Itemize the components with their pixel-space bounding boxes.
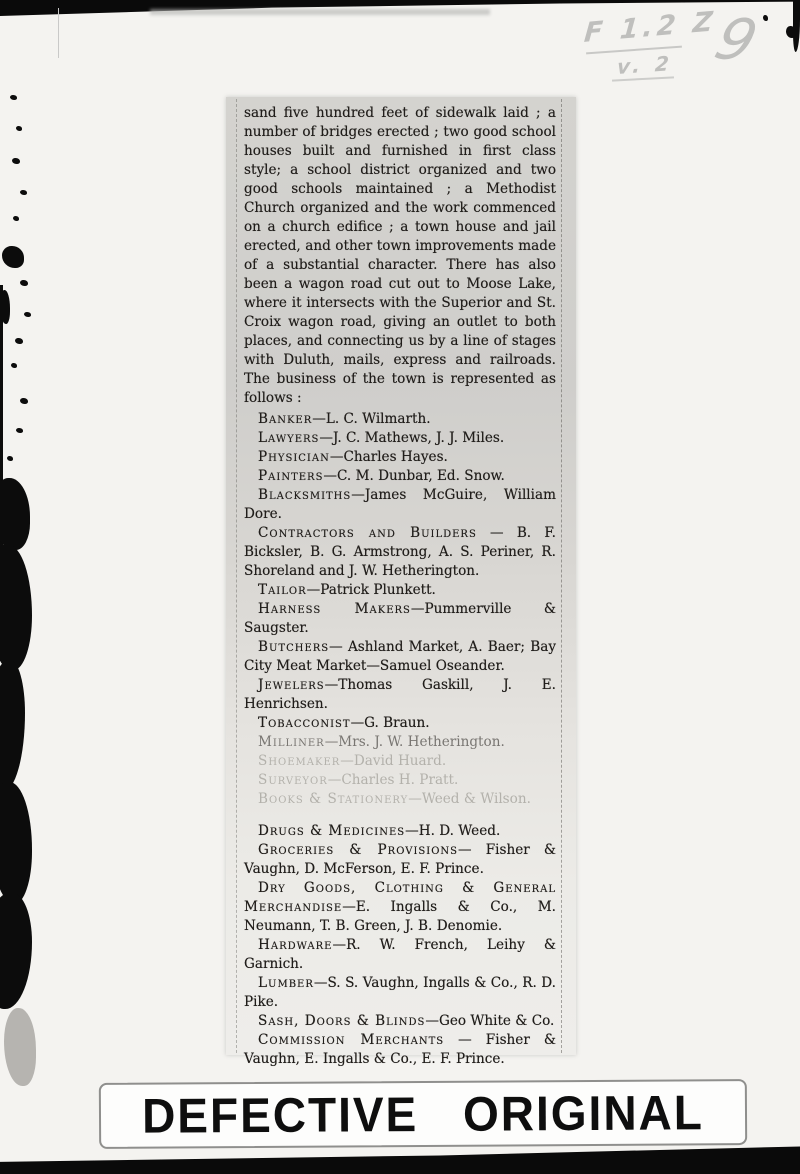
- entry-label: Tailor: [258, 582, 307, 598]
- ink-blob: [2, 246, 24, 268]
- entry-label: Sash, Doors & Blinds: [258, 1013, 425, 1029]
- entry-label: Hardware: [258, 937, 332, 953]
- directory-entry: Dry Goods, Clothing & General Merchandis…: [244, 879, 556, 936]
- directory-entry: Drugs & Medicines—H. D. Weed.: [244, 822, 556, 841]
- ink-speck: [15, 338, 23, 344]
- ink-speck: [20, 190, 27, 195]
- entry-text: —Charles H. Pratt.: [328, 772, 459, 788]
- entry-label: Commission Merchants: [258, 1032, 444, 1048]
- directory-entry: Banker—L. C. Wilmarth.: [244, 410, 556, 429]
- entry-label: Tobacconist: [258, 715, 351, 731]
- stamp-text: DEFECTIVE ORIGINAL: [142, 1084, 704, 1145]
- directory-entry: Sash, Doors & Blinds—Geo White & Co.: [244, 1012, 556, 1031]
- ink-speck: [7, 456, 13, 461]
- entry-text: —L. C. Wilmarth.: [312, 411, 430, 427]
- ink-artifact: [786, 26, 796, 38]
- directory-entry: Butchers— Ashland Market, A. Baer; Bay C…: [244, 638, 556, 676]
- directory-entry: Harness Makers—Pummerville & Saugster.: [244, 600, 556, 638]
- directory-entry: Surveyor—Charles H. Pratt.: [244, 771, 556, 790]
- ink-speck: [16, 126, 22, 131]
- ink-speck: [20, 398, 28, 404]
- ink-speck: [12, 158, 20, 164]
- ink-blob: [0, 290, 10, 324]
- entry-label: Lumber: [258, 975, 314, 991]
- call-number-annotation: F 1.2 Z: [583, 6, 718, 49]
- directory-entry: Tailor—Patrick Plunkett.: [244, 581, 556, 600]
- directory-entry: Books & Stationery—Weed & Wilson.: [244, 790, 556, 809]
- entry-label: Books & Stationery: [258, 791, 408, 807]
- entry-text: —Charles Hayes.: [330, 449, 448, 465]
- column-rule-right: [561, 99, 562, 1053]
- entry-label: Drugs & Medicines: [258, 823, 405, 839]
- ink-artifact: [763, 15, 768, 21]
- intro-paragraph: sand five hundred feet of sidewalk laid …: [244, 104, 556, 408]
- directory-entry: Hardware—R. W. French, Leihy & Garnich.: [244, 936, 556, 974]
- scan-smudge: [150, 9, 490, 15]
- defective-original-stamp: DEFECTIVE ORIGINAL: [99, 1079, 747, 1149]
- entry-label: Butchers: [258, 639, 329, 655]
- directory-entry: Contractors and Builders — B. F. Bicksle…: [244, 524, 556, 581]
- directory-entry: Physician—Charles Hayes.: [244, 448, 556, 467]
- directory-entry: Blacksmiths—James McGuire, William Dore.: [244, 486, 556, 524]
- ink-speck: [20, 280, 28, 286]
- paper-crease: [58, 8, 59, 58]
- entry-label: Harness Makers: [258, 601, 411, 617]
- newspaper-clipping: sand five hundred feet of sidewalk laid …: [226, 97, 576, 1055]
- entry-text: —G. Braun.: [351, 715, 430, 731]
- entry-label: Painters: [258, 468, 323, 484]
- ink-blob: [0, 545, 32, 670]
- smudge-blob: [4, 1008, 36, 1086]
- scanned-page: F 1.2 Z v. 2 9 sand five hundred feet of…: [0, 0, 800, 1174]
- directory-entry: Lawyers—J. C. Mathews, J. J. Miles.: [244, 429, 556, 448]
- ink-speck: [24, 312, 31, 317]
- ink-blob: [0, 660, 25, 792]
- directory-entry: Lumber—S. S. Vaughn, Ingalls & Co., R. D…: [244, 974, 556, 1012]
- text-column: sand five hundred feet of sidewalk laid …: [244, 104, 556, 1069]
- entry-label: Banker: [258, 411, 312, 427]
- ink-speck: [10, 95, 17, 100]
- volume-annotation: v. 2: [616, 51, 673, 79]
- directory-entry: Shoemaker—David Huard.: [244, 752, 556, 771]
- column-rule-left: [236, 99, 237, 1053]
- ink-artifact: [793, 0, 800, 52]
- ink-speck: [11, 363, 17, 368]
- entry-label: Shoemaker: [258, 753, 340, 769]
- entry-label: Surveyor: [258, 772, 328, 788]
- entry-text: —H. D. Weed.: [405, 823, 500, 839]
- ink-speck: [13, 216, 19, 221]
- entry-label: Groceries & Provisions: [258, 842, 458, 858]
- entry-text: —David Huard.: [340, 753, 446, 769]
- ink-blob: [0, 782, 32, 904]
- entry-label: Lawyers: [258, 430, 319, 446]
- directory-entry: Jewelers—Thomas Gaskill, J. E. Henrichse…: [244, 676, 556, 714]
- ink-speck: [16, 428, 23, 433]
- entry-text: —Geo White & Co.: [425, 1013, 554, 1029]
- entry-text: —Weed & Wilson.: [408, 791, 531, 807]
- entry-text: —C. M. Dunbar, Ed. Snow.: [323, 468, 504, 484]
- entry-text: —Mrs. J. W. Hetherington.: [325, 734, 505, 750]
- ink-blob: [0, 478, 30, 550]
- entry-text: —J. C. Mathews, J. J. Miles.: [319, 430, 504, 446]
- entry-label: Physician: [258, 449, 330, 465]
- entry-label: Contractors and Builders: [258, 525, 477, 541]
- entry-label: Jewelers: [258, 677, 325, 693]
- entry-label: Milliner: [258, 734, 325, 750]
- directory-entry: Tobacconist—G. Braun.: [244, 714, 556, 733]
- directory-entry: Milliner—Mrs. J. W. Hetherington.: [244, 733, 556, 752]
- directory-entry: Painters—C. M. Dunbar, Ed. Snow.: [244, 467, 556, 486]
- directory-entry: Groceries & Provisions— Fisher & Vaughn,…: [244, 841, 556, 879]
- ink-blob: [0, 893, 32, 1009]
- entry-text: —Patrick Plunkett.: [307, 582, 436, 598]
- entry-label: Blacksmiths: [258, 487, 351, 503]
- directory-entry: Commission Merchants — Fisher & Vaughn, …: [244, 1031, 556, 1069]
